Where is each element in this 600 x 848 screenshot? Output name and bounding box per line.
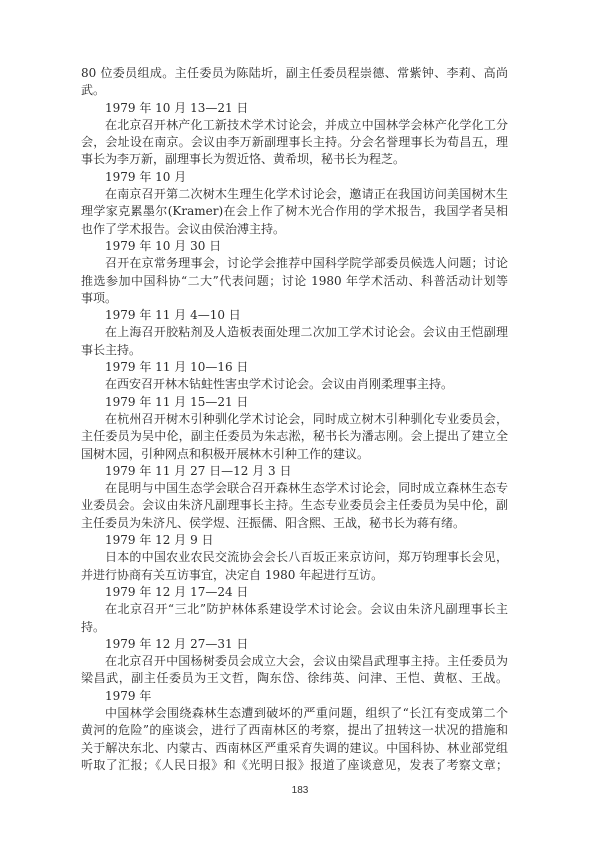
page-number: 183	[0, 785, 600, 796]
entry-date: 1979 年 12 月 9 日	[81, 532, 508, 549]
document-body: 80 位委员组成。主任委员为陈陆圻，副主任委员程崇德、常紫钟、李莉、高尚武。19…	[81, 65, 508, 774]
text-line: 在北京召开中国杨树委员会成立大会，会议由梁昌武理事主持。主任委员为	[81, 653, 508, 670]
text-line: 国树木园，引种网点和积极开展林木引种工作的建议。	[81, 446, 508, 463]
entry-date: 1979 年 12 月 17—24 日	[81, 584, 508, 601]
text-line: 并进行协商有关互访事宜，决定自 1980 年起进行互访。	[81, 567, 508, 584]
text-line: 日本的中国农业农民交流协会会长八百坂正来京访问，郑万钧理事长会见，	[81, 549, 508, 566]
text-line: 在北京召开林产化工新技术学术讨论会，并成立中国林学会林产化学化工分	[81, 117, 508, 134]
entry-date: 1979 年 12 月 27—31 日	[81, 636, 508, 653]
text-line: 在西安召开林木钻蛀性害虫学术讨论会。会议由肖刚柔理事主持。	[81, 376, 508, 393]
text-line: 在北京召开“三北”防护林体系建设学术讨论会。会议由朱济凡副理事长主	[81, 601, 508, 618]
entry-date: 1979 年	[81, 688, 508, 705]
text-line: 主任委员为朱济凡、侯学煜、汪振儒、阳含熙、王战，秘书长为蒋有绪。	[81, 515, 508, 532]
entry-date: 1979 年 10 月 13—21 日	[81, 100, 508, 117]
text-line: 持。	[81, 619, 508, 636]
entry-date: 1979 年 11 月 4—10 日	[81, 307, 508, 324]
text-line: 黄河的危险”的座谈会，进行了西南林区的考察，提出了扭转这一状况的措施和	[81, 722, 508, 739]
text-line: 推选参加中国科协“二大”代表问题；讨论 1980 年学术活动、科普活动计划等	[81, 273, 508, 290]
text-line: 召开在京常务理事会，讨论学会推荐中国科学院学部委员候选人问题；讨论	[81, 255, 508, 272]
entry-date: 1979 年 11 月 27 日—12 月 3 日	[81, 463, 508, 480]
text-line: 梁昌武，副主任委员为王文哲，陶东岱、徐纬英、问津、王恺、黄枢、王战。	[81, 670, 508, 687]
entry-date: 1979 年 11 月 10—16 日	[81, 359, 508, 376]
text-line: 事长为李万新，副理事长为贺近恪、黄希坝，秘书长为程芝。	[81, 151, 508, 168]
text-line: 事项。	[81, 290, 508, 307]
text-line: 在昆明与中国生态学会联合召开森林生态学术讨论会，同时成立森林生态专	[81, 480, 508, 497]
text-line: 会，会址设在南京。会议由李万新副理事长主持。分会名誉理事长为荀昌五，理	[81, 134, 508, 151]
text-line: 主任委员为吴中伦，副主任委员为朱志淞，秘书长为潘志刚。会上提出了建立全	[81, 428, 508, 445]
text-line: 80 位委员组成。主任委员为陈陆圻，副主任委员程崇德、常紫钟、李莉、高尚	[81, 65, 508, 82]
text-line: 在杭州召开树木引种驯化学术讨论会，同时成立树木引种驯化专业委员会，	[81, 411, 508, 428]
text-line: 关于解决东北、内蒙古、西南林区严重采育失调的建议。中国科协、林业部党组	[81, 740, 508, 757]
text-line: 在南京召开第二次树木生理生化学术讨论会，邀请正在我国访问美国树木生	[81, 186, 508, 203]
entry-date: 1979 年 11 月 15—21 日	[81, 394, 508, 411]
text-line: 理学家克累墨尔(Kramer)在会上作了树木光合作用的学术报告，我国学者吴相钰	[81, 203, 508, 220]
text-line: 也作了学术报告。会议由侯治溥主持。	[81, 221, 508, 238]
text-line: 听取了汇报；《人民日报》和《光明日报》报道了座谈意见，发表了考察文章；	[81, 757, 508, 774]
text-line: 中国林学会围绕森林生态遭到破坏的严重问题，组织了“长江有变成第二个	[81, 705, 508, 722]
text-line: 事长主持。	[81, 342, 508, 359]
text-line: 业委员会。会议由朱济凡副理事长主持。生态专业委员会主任委员为吴中伦，副	[81, 497, 508, 514]
text-line: 武。	[81, 82, 508, 99]
text-line: 在上海召开胶粘剂及人造板表面处理二次加工学术讨论会。会议由王恺副理	[81, 324, 508, 341]
entry-date: 1979 年 10 月	[81, 169, 508, 186]
entry-date: 1979 年 10 月 30 日	[81, 238, 508, 255]
